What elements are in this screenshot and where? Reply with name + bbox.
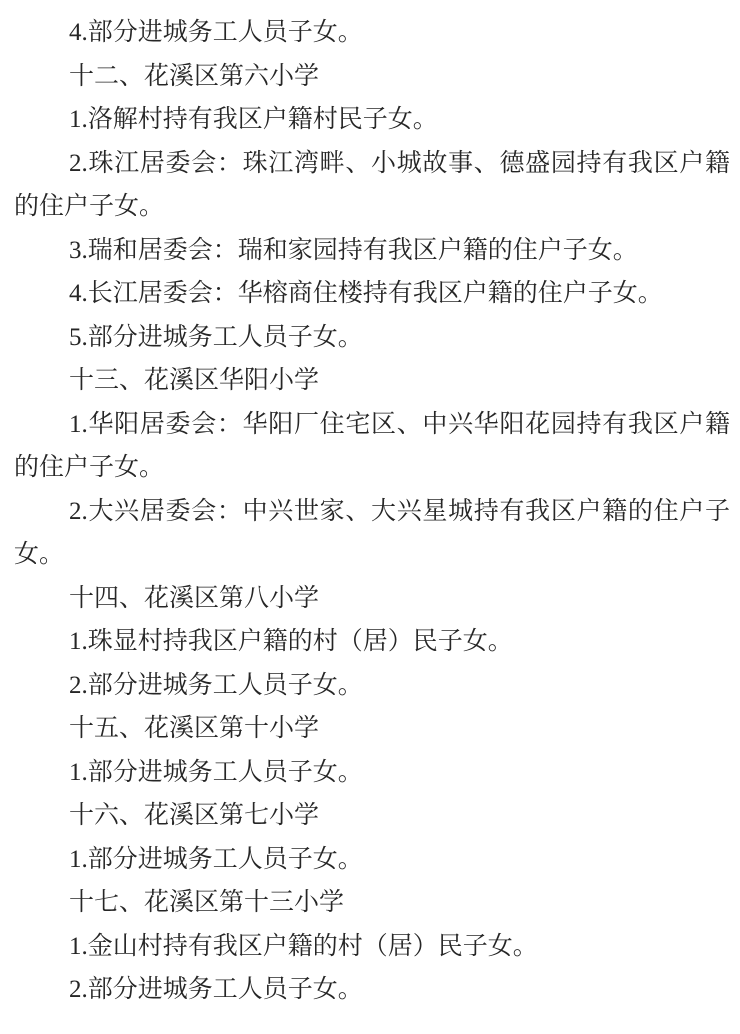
list-item: 2.大兴居委会：中兴世家、大兴星城持有我区户籍的住户子女。 [14,490,730,577]
text-line: 3.瑞和居委会：瑞和家园持有我区户籍的住户子女。 [14,229,730,273]
list-item: 4.长江居委会：华榕商住楼持有我区户籍的住户子女。 [14,272,730,316]
section-heading: 十二、花溪区第六小学 [14,55,730,99]
text-line: 1.珠显村持我区户籍的村（居）民子女。 [14,620,730,664]
text-line: 的住户子女。 [14,446,730,490]
text-line: 十七、花溪区第十三小学 [14,881,730,925]
text-line: 的住户子女。 [14,185,730,229]
text-line: 1.部分进城务工人员子女。 [14,751,730,795]
list-item: 1.部分进城务工人员子女。 [14,838,730,882]
text-line: 十三、花溪区华阳小学 [14,359,730,403]
list-item: 2.部分进城务工人员子女。 [14,664,730,708]
document-page: 4.部分进城务工人员子女。十二、花溪区第六小学1.洛解村持有我区户籍村民子女。2… [0,0,740,1034]
list-item: 1.金山村持有我区户籍的村（居）民子女。 [14,925,730,969]
text-line: 女。 [14,533,730,577]
text-line: 十五、花溪区第十小学 [14,707,730,751]
text-line: 十六、花溪区第七小学 [14,794,730,838]
list-item: 5.部分进城务工人员子女。 [14,316,730,360]
list-item: 1.洛解村持有我区户籍村民子女。 [14,98,730,142]
text-line: 4.部分进城务工人员子女。 [14,11,730,55]
text-line: 1.部分进城务工人员子女。 [14,838,730,882]
document-text: 4.部分进城务工人员子女。十二、花溪区第六小学1.洛解村持有我区户籍村民子女。2… [14,11,730,1012]
text-line: 2.珠江居委会：珠江湾畔、小城故事、德盛园持有我区户籍 [14,142,730,186]
text-line: 4.长江居委会：华榕商住楼持有我区户籍的住户子女。 [14,272,730,316]
text-line: 十四、花溪区第八小学 [14,577,730,621]
section-heading: 十四、花溪区第八小学 [14,577,730,621]
list-item: 2.部分进城务工人员子女。 [14,968,730,1012]
section-heading: 十七、花溪区第十三小学 [14,881,730,925]
text-line: 1.洛解村持有我区户籍村民子女。 [14,98,730,142]
text-line: 2.部分进城务工人员子女。 [14,968,730,1012]
text-line: 1.华阳居委会：华阳厂住宅区、中兴华阳花园持有我区户籍 [14,403,730,447]
list-item: 1.部分进城务工人员子女。 [14,751,730,795]
text-line: 十二、花溪区第六小学 [14,55,730,99]
list-item: 2.珠江居委会：珠江湾畔、小城故事、德盛园持有我区户籍的住户子女。 [14,142,730,229]
text-line: 5.部分进城务工人员子女。 [14,316,730,360]
list-item: 4.部分进城务工人员子女。 [14,11,730,55]
list-item: 3.瑞和居委会：瑞和家园持有我区户籍的住户子女。 [14,229,730,273]
section-heading: 十六、花溪区第七小学 [14,794,730,838]
list-item: 1.珠显村持我区户籍的村（居）民子女。 [14,620,730,664]
text-line: 1.金山村持有我区户籍的村（居）民子女。 [14,925,730,969]
section-heading: 十三、花溪区华阳小学 [14,359,730,403]
text-line: 2.部分进城务工人员子女。 [14,664,730,708]
section-heading: 十五、花溪区第十小学 [14,707,730,751]
list-item: 1.华阳居委会：华阳厂住宅区、中兴华阳花园持有我区户籍的住户子女。 [14,403,730,490]
text-line: 2.大兴居委会：中兴世家、大兴星城持有我区户籍的住户子 [14,490,730,534]
